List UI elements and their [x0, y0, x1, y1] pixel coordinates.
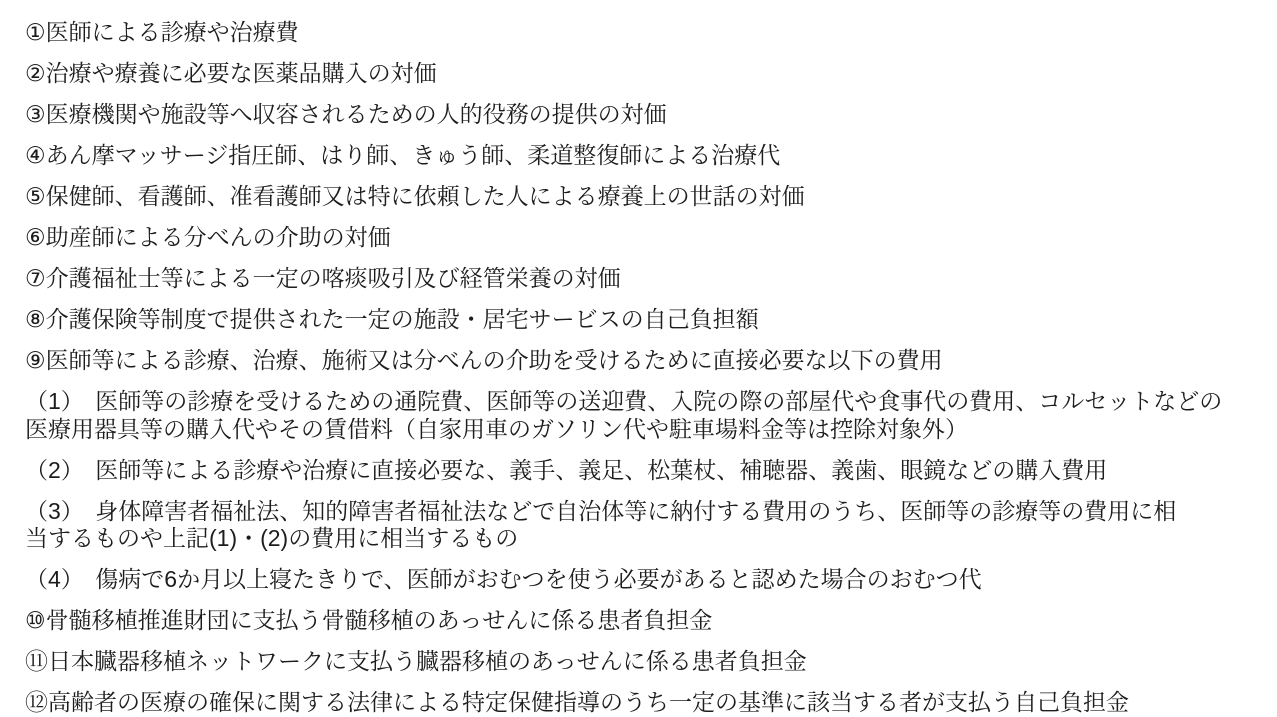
list-item-text: ④あん摩マッサージ指圧師、はり師、きゅう師、柔道整復師による治療代 [25, 142, 1257, 170]
list-item-3: ③医療機関や施設等へ収容されるための人的役務の提供の対価 [25, 101, 1257, 129]
list-item-text: ⑥助産師による分べんの介助の対価 [25, 224, 1257, 252]
list-subitem-text-line: （3） 身体障害者福祉法、知的障害者福祉法などで自治体等に納付する費用のうち、医… [25, 498, 1257, 526]
list-item-text: ⑤保健師、看護師、准看護師又は特に依頼した人による療養上の世話の対価 [25, 183, 1257, 211]
list-item-6: ⑥助産師による分べんの介助の対価 [25, 224, 1257, 252]
list-item-12: ⑫高齢者の医療の確保に関する法律による特定保健指導のうち一定の基準に該当する者が… [25, 689, 1257, 717]
list-item-text: ⑦介護福祉士等による一定の喀痰吸引及び経管栄養の対価 [25, 265, 1257, 293]
list-subitem-text-line: 当するものや上記(1)・(2)の費用に相当するもの [25, 525, 1257, 553]
list-subitem-text-line: （2） 医師等による診療や治療に直接必要な、義手、義足、松葉杖、補聴器、義歯、眼… [25, 457, 1257, 485]
list-subitem-9-4: （4） 傷病で6か月以上寝たきりで、医師がおむつを使う必要があると認めた場合のお… [25, 566, 1257, 594]
list-item-text: ①医師による診療や治療費 [25, 19, 1257, 47]
list-subitem-9-1: （1） 医師等の診療を受けるための通院費、医師等の送迎費、入院の際の部屋代や食事… [25, 388, 1257, 443]
list-item-8: ⑧介護保険等制度で提供された一定の施設・居宅サービスの自己負担額 [25, 306, 1257, 334]
list-item-2: ②治療や療養に必要な医薬品購入の対価 [25, 60, 1257, 88]
list-subitem-text-line: （4） 傷病で6か月以上寝たきりで、医師がおむつを使う必要があると認めた場合のお… [25, 566, 1257, 594]
list-item-11: ⑪日本臓器移植ネットワークに支払う臓器移植のあっせんに係る患者負担金 [25, 648, 1257, 676]
list-item-text: ⑩骨髄移植推進財団に支払う骨髄移植のあっせんに係る患者負担金 [25, 607, 1257, 635]
list-subitem-9-2: （2） 医師等による診療や治療に直接必要な、義手、義足、松葉杖、補聴器、義歯、眼… [25, 457, 1257, 485]
list-item-text: ⑧介護保険等制度で提供された一定の施設・居宅サービスの自己負担額 [25, 306, 1257, 334]
list-item-1: ①医師による診療や治療費 [25, 19, 1257, 47]
list-item-text: ②治療や療養に必要な医薬品購入の対価 [25, 60, 1257, 88]
list-item-4: ④あん摩マッサージ指圧師、はり師、きゅう師、柔道整復師による治療代 [25, 142, 1257, 170]
list-item-text: ⑫高齢者の医療の確保に関する法律による特定保健指導のうち一定の基準に該当する者が… [25, 689, 1257, 717]
list-item-9: ⑨医師等による診療、治療、施術又は分べんの介助を受けるために直接必要な以下の費用 [25, 347, 1257, 375]
list-item-7: ⑦介護福祉士等による一定の喀痰吸引及び経管栄養の対価 [25, 265, 1257, 293]
list-item-10: ⑩骨髄移植推進財団に支払う骨髄移植のあっせんに係る患者負担金 [25, 607, 1257, 635]
list-subitem-text-line: 医療用器具等の購入代やその賃借料（自家用車のガソリン代や駐車場料金等は控除対象外… [25, 416, 1257, 444]
list-item-5: ⑤保健師、看護師、准看護師又は特に依頼した人による療養上の世話の対価 [25, 183, 1257, 211]
list-item-text: ③医療機関や施設等へ収容されるための人的役務の提供の対価 [25, 101, 1257, 129]
list-item-text: ⑨医師等による診療、治療、施術又は分べんの介助を受けるために直接必要な以下の費用 [25, 347, 1257, 375]
list-item-text: ⑪日本臓器移植ネットワークに支払う臓器移植のあっせんに係る患者負担金 [25, 648, 1257, 676]
list-subitem-9-3: （3） 身体障害者福祉法、知的障害者福祉法などで自治体等に納付する費用のうち、医… [25, 498, 1257, 553]
list-subitem-text-line: （1） 医師等の診療を受けるための通院費、医師等の送迎費、入院の際の部屋代や食事… [25, 388, 1257, 416]
medical-expense-list: ①医師による診療や治療費 ②治療や療養に必要な医薬品購入の対価 ③医療機関や施設… [0, 0, 1277, 717]
